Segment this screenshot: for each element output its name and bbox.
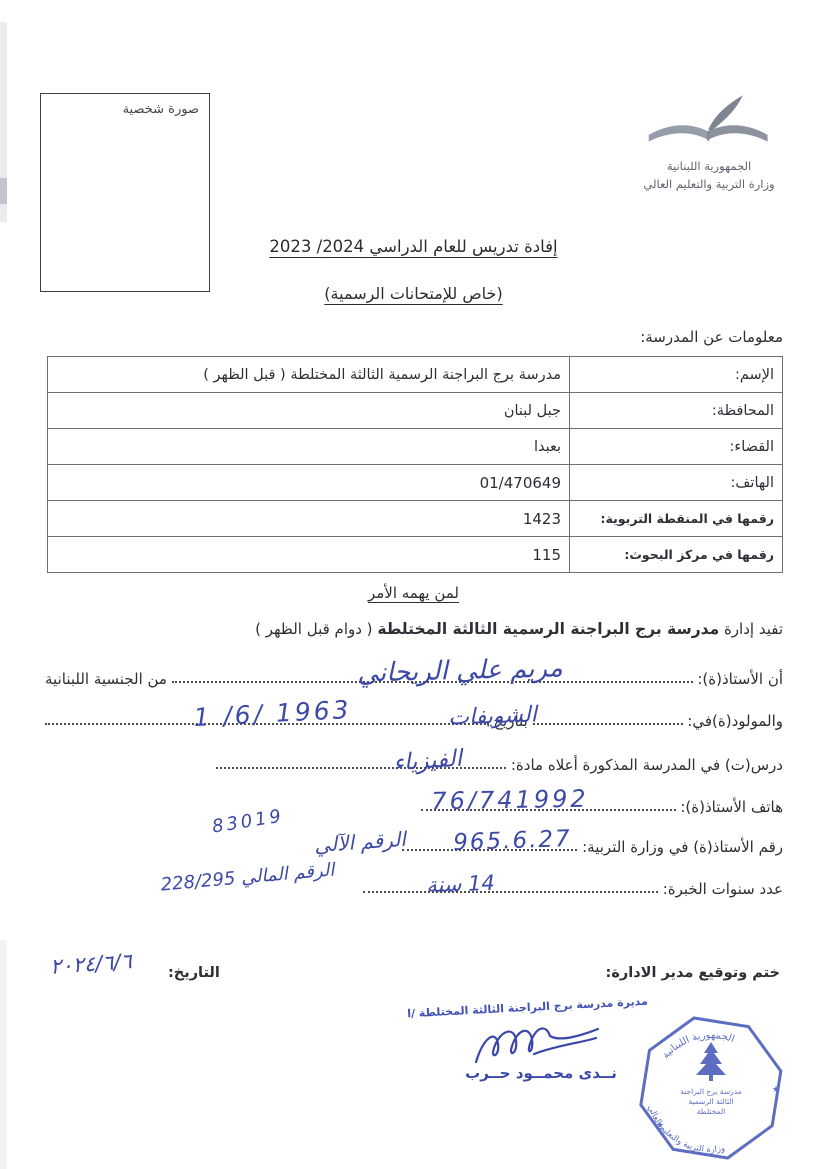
handwritten-financial-number: الرقم المالي 228/295 xyxy=(115,855,381,899)
ministry-letterhead: الجمهورية اللبنانية وزارة التربية والتعل… xyxy=(598,92,820,194)
school-info-heading: معلومات عن المدرسة: xyxy=(640,328,783,346)
row-value: بعبدا xyxy=(48,429,570,465)
row-value: 1423 xyxy=(48,501,570,537)
photo-placeholder-label: صورة شخصية xyxy=(41,94,209,117)
teacher-name-line: أن الأستاذ(ة): من الجنسية اللبنانية مريم… xyxy=(45,652,783,688)
stamp-star-icon: ★ xyxy=(772,1085,780,1095)
table-row: القضاء: بعبدا xyxy=(48,429,783,465)
row-value: 115 xyxy=(48,537,570,573)
scan-edge-artifact xyxy=(0,940,7,1169)
handwritten-teacher-name: مريم علي الريحاني xyxy=(300,652,621,690)
stamp-star-icon: ★ xyxy=(656,1121,664,1131)
principal-signature-icon xyxy=(468,1022,623,1070)
handwritten-experience-years: 14 سنة xyxy=(393,870,529,899)
handwritten-auto-number-label: الرقم الآلي xyxy=(284,825,435,859)
row-label: الهاتف: xyxy=(570,465,783,501)
certificate-subtitle: (خاص للإمتحانات الرسمية) xyxy=(0,284,827,303)
handwritten-birthplace: الشويفات xyxy=(420,701,566,731)
to-whom-heading: لمن يهمه الأمر xyxy=(0,584,827,602)
birth-line: والمولود(ة)في: بتاريخ الشويفات 1 /6/ 196… xyxy=(45,694,783,730)
table-row: الإسم: مدرسة برج البراجنة الرسمية الثالث… xyxy=(48,357,783,393)
row-label: القضاء: xyxy=(570,429,783,465)
row-value: جبل لبنان xyxy=(48,393,570,429)
row-label: رقمها في المنقطة التربوية: xyxy=(570,501,783,537)
stamp-inner-line2: الثالثة الرسمية xyxy=(688,1097,733,1106)
subject-line: درس(ت) في المدرسة المذكورة أعلاه مادة: ا… xyxy=(45,738,783,774)
row-value: مدرسة برج البراجنة الرسمية الثالثة المخت… xyxy=(48,357,570,393)
scan-edge-artifact xyxy=(0,178,7,204)
table-row: رقمها في مركز البحوث: 115 xyxy=(48,537,783,573)
row-label: رقمها في مركز البحوث: xyxy=(570,537,783,573)
school-info-table: الإسم: مدرسة برج البراجنة الرسمية الثالث… xyxy=(47,356,783,573)
date-label: التاريخ: xyxy=(168,965,220,981)
ministry-name: وزارة التربية والتعليم العالي xyxy=(598,176,820,194)
ministry-number-line: رقم الأستاذ(ة) في وزارة التربية: 965.6.2… xyxy=(45,820,783,856)
document-page: صورة شخصية الجمهورية اللبنانية وزارة الت… xyxy=(0,0,827,1169)
handwritten-birthdate: 1 /6/ 1963 xyxy=(149,693,395,735)
table-row: رقمها في المنقطة التربوية: 1423 xyxy=(48,501,783,537)
principal-name: نــدى محمــود حــرب xyxy=(446,1064,636,1082)
certificate-title: إفادة تدريس للعام الدراسي 2024/ 2023 xyxy=(0,237,827,256)
table-row: الهاتف: 01/470649 xyxy=(48,465,783,501)
stamp-inner-line3: المختلطة xyxy=(697,1107,725,1116)
row-label: الإسم: xyxy=(570,357,783,393)
open-book-logo-icon xyxy=(625,92,793,158)
experience-line: عدد سنوات الخبرة: 14 سنة الرقم المالي 22… xyxy=(45,862,783,898)
principal-title-line: مديرة مدرسة برج البراجنة الثالثة المختلط… xyxy=(400,994,655,1020)
handwritten-teacher-phone: 76/741992 xyxy=(390,784,630,816)
row-label: المحافظة: xyxy=(570,393,783,429)
teacher-phone-line: هاتف الأستاذ(ة): 76/741992 xyxy=(45,780,783,816)
row-value: 01/470649 xyxy=(48,465,570,501)
cedar-tree-icon xyxy=(696,1042,726,1081)
school-name-bold: مدرسة برج البراجنة الرسمية الثالثة المخت… xyxy=(377,620,719,638)
handwritten-subject: الفيزياء xyxy=(344,742,510,779)
official-octagon-stamp-icon: الجمهورية اللبنانية وزارة التربية والتعل… xyxy=(622,1008,800,1166)
director-stamp-label: ختم وتوقيع مدير الادارة: xyxy=(606,965,780,981)
stamp-inner-line1: مدرسة برج البراجنة xyxy=(680,1087,742,1096)
table-row: المحافظة: جبل لبنان xyxy=(48,393,783,429)
republic-name: الجمهورية اللبنانية xyxy=(598,158,820,176)
handwritten-date: ٢٠٢٤/٦/٦ xyxy=(49,949,132,979)
photo-placeholder-box: صورة شخصية xyxy=(40,93,210,292)
intro-sentence: تفيد إدارة مدرسة برج البراجنة الرسمية ال… xyxy=(45,620,783,638)
